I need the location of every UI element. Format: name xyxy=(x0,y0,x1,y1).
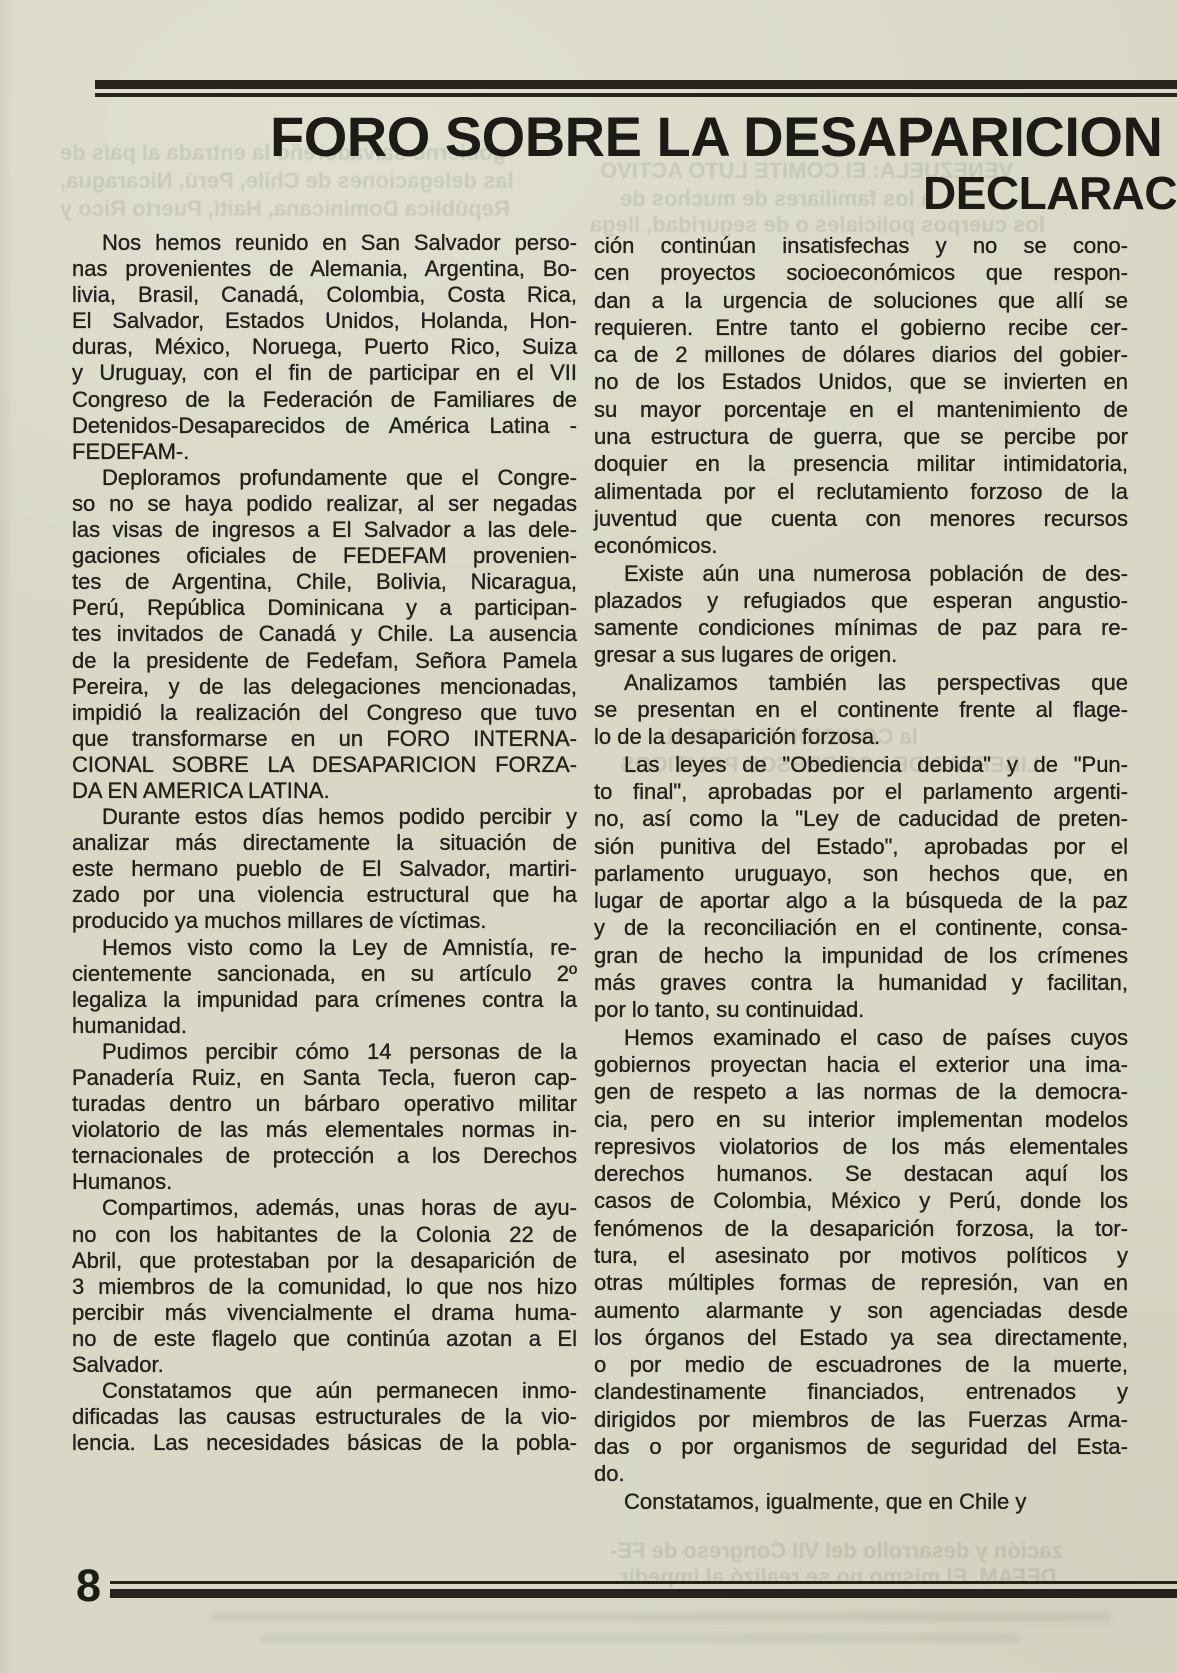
text-line: 3 miembros de la comunidad, lo que nos h… xyxy=(72,1274,577,1300)
text-line: lugar de aportar algo a la búsqueda de l… xyxy=(594,887,1128,914)
text-line: so no se haya podido realizar, al ser ne… xyxy=(72,491,577,517)
text-line: cientemente sancionada, en su artículo 2… xyxy=(72,961,577,987)
text-line: se presentan en el continente frente al … xyxy=(594,696,1128,723)
text-line: gen de respeto a las normas de la democr… xyxy=(594,1078,1128,1105)
paragraph: Constatamos que aún permanecen inmo-difi… xyxy=(72,1378,577,1456)
text-line: Durante estos días hemos podido percibir… xyxy=(72,804,577,830)
text-line: Perú, República Dominicana y a participa… xyxy=(72,595,577,621)
text-line: tura, el asesinato por motivos políticos… xyxy=(594,1242,1128,1269)
text-line: no con los habitantes de la Colonia 22 d… xyxy=(72,1222,577,1248)
text-line: doquier en la presencia militar intimida… xyxy=(594,450,1128,477)
text-line: livia, Brasil, Canadá, Colombia, Costa R… xyxy=(72,282,577,308)
text-line: y Uruguay, con el fin de participar en e… xyxy=(72,360,577,386)
text-line: lencia. Las necesidades básicas de la po… xyxy=(72,1430,577,1456)
text-line: alimentada por el reclutamiento forzoso … xyxy=(594,478,1128,505)
text-line: de la presidente de Fedefam, Señora Pame… xyxy=(72,648,577,674)
bleed-through-smudge xyxy=(260,1634,1020,1642)
text-line: legaliza la impunidad para crímenes cont… xyxy=(72,987,577,1013)
text-line: dirigidos por miembros de las Fuerzas Ar… xyxy=(594,1406,1128,1433)
text-line: ca de 2 millones de dólares diarios del … xyxy=(594,341,1128,368)
text-line: casos de Colombia, México y Perú, donde … xyxy=(594,1187,1128,1214)
text-line: su mayor porcentaje en el mantenimiento … xyxy=(594,396,1128,423)
right-column: ción continúan insatisfechas y no se con… xyxy=(594,232,1128,1515)
text-line: económicos. xyxy=(594,532,1128,559)
paragraph: Constatamos, igualmente, que en Chile y xyxy=(594,1488,1128,1515)
text-line: aumento alarmante y son agenciadas desde xyxy=(594,1297,1128,1324)
text-line: Las leyes de "Obediencia debida" y de "P… xyxy=(594,751,1128,778)
text-line: dificadas las causas estructurales de la… xyxy=(72,1404,577,1430)
text-line: parlamento uruguayo, son hechos que, en xyxy=(594,860,1128,887)
text-line: represivos violatorios de los más elemen… xyxy=(594,1133,1128,1160)
text-line: derechos humanos. Se destacan aquí los xyxy=(594,1160,1128,1187)
scanned-magazine-page: gobierno salvadoreño la entrada al país … xyxy=(0,0,1177,1673)
text-line: samente condiciones mínimas de paz para … xyxy=(594,614,1128,641)
text-line: gobiernos proyectan hacia el exterior un… xyxy=(594,1051,1128,1078)
text-line: las visas de ingresos a El Salvador a la… xyxy=(72,517,577,543)
text-line: Pudimos percibir cómo 14 personas de la xyxy=(72,1039,577,1065)
text-line: tes invitados de Canadá y Chile. La ause… xyxy=(72,621,577,647)
left-column: Nos hemos reunido en San Salvador perso-… xyxy=(72,230,577,1456)
text-line: cia, pero en su interior implementan mod… xyxy=(594,1106,1128,1133)
text-line: violatorio de las más elementales normas… xyxy=(72,1117,577,1143)
text-line: Panadería Ruiz, en Santa Tecla, fueron c… xyxy=(72,1065,577,1091)
text-line: o por medio de escuadrones de la muerte, xyxy=(594,1351,1128,1378)
top-rule-thick xyxy=(95,80,1177,89)
text-line: requieren. Entre tanto el gobierno recib… xyxy=(594,314,1128,341)
text-line: duras, México, Noruega, Puerto Rico, Sui… xyxy=(72,334,577,360)
paragraph: ción continúan insatisfechas y no se con… xyxy=(594,232,1128,560)
bottom-rule-thin xyxy=(110,1581,1177,1584)
text-line: Detenidos-Desaparecidos de América Latin… xyxy=(72,413,577,439)
text-line: impidió la realización del Congreso que … xyxy=(72,700,577,726)
text-line: Pereira, y de las delegaciones mencionad… xyxy=(72,674,577,700)
bleed-through-text: DEFAM. El mismo no se realizó al impedir xyxy=(620,1564,1056,1590)
text-line: lo de la desaparición forzosa. xyxy=(594,723,1128,750)
bleed-through-smudge xyxy=(210,1612,1110,1622)
top-rule-thin xyxy=(95,93,1177,97)
text-line: zado por una violencia estructural que h… xyxy=(72,882,577,908)
paragraph: Nos hemos reunido en San Salvador perso-… xyxy=(72,230,577,465)
text-line: Salvador. xyxy=(72,1352,577,1378)
text-line: este hermano pueblo de El Salvador, mart… xyxy=(72,856,577,882)
paragraph: Las leyes de "Obediencia debida" y de "P… xyxy=(594,751,1128,1024)
text-line: das o por organismos de seguridad del Es… xyxy=(594,1433,1128,1460)
text-line: nas provenientes de Alemania, Argentina,… xyxy=(72,256,577,282)
text-line: CIONAL SOBRE LA DESAPARICION FORZA- xyxy=(72,752,577,778)
text-line: ternacionales de protección a los Derech… xyxy=(72,1143,577,1169)
page-number: 8 xyxy=(76,1560,101,1612)
text-line: FEDEFAM-. xyxy=(72,439,577,465)
text-line: Abril, que protestaban por la desaparici… xyxy=(72,1248,577,1274)
text-line: los órganos del Estado ya sea directamen… xyxy=(594,1324,1128,1351)
paragraph: Hemos visto como la Ley de Amnistía, re-… xyxy=(72,935,577,1039)
bleed-through-text: República Dominicana, Haití, Puerto Rico… xyxy=(60,196,510,222)
text-line: plazados y refugiados que esperan angust… xyxy=(594,587,1128,614)
text-line: do. xyxy=(594,1460,1128,1487)
text-line: to final", aprobadas por el parlamento a… xyxy=(594,778,1128,805)
text-line: analizar más directamente la situación d… xyxy=(72,830,577,856)
text-line: Compartimos, además, unas horas de ayu- xyxy=(72,1195,577,1221)
text-line: por lo tanto, su continuidad. xyxy=(594,996,1128,1023)
text-line: DA EN AMERICA LATINA. xyxy=(72,778,577,804)
text-line: y de la reconciliación en el continente,… xyxy=(594,914,1128,941)
text-line: Deploramos profundamente que el Congre- xyxy=(72,465,577,491)
bleed-through-text: las delegaciones de Chile, Perú, Nicarag… xyxy=(60,168,514,194)
bleed-through-text: zación y desarrollo del VII Congreso de … xyxy=(610,1538,1062,1564)
text-line: gresar a sus lugares de origen. xyxy=(594,641,1128,668)
text-line: Humanos. xyxy=(72,1169,577,1195)
text-line: Constatamos que aún permanecen inmo- xyxy=(72,1378,577,1404)
text-line: humanidad. xyxy=(72,1013,577,1039)
paragraph: Existe aún una numerosa población de des… xyxy=(594,560,1128,669)
text-line: gaciones oficiales de FEDEFAM provenien- xyxy=(72,543,577,569)
text-line: Existe aún una numerosa población de des… xyxy=(594,560,1128,587)
text-line: Hemos examinado el caso de países cuyos xyxy=(594,1024,1128,1051)
text-line: producido ya muchos millares de víctimas… xyxy=(72,908,577,934)
text-line: más graves contra la humanidad y facilit… xyxy=(594,969,1128,996)
text-line: Nos hemos reunido en San Salvador perso- xyxy=(72,230,577,256)
text-line: Hemos visto como la Ley de Amnistía, re- xyxy=(72,935,577,961)
text-line: Analizamos también las perspectivas que xyxy=(594,669,1128,696)
text-line: ción continúan insatisfechas y no se con… xyxy=(594,232,1128,259)
text-line: sión punitiva del Estado", aprobadas por… xyxy=(594,833,1128,860)
paragraph: Hemos examinado el caso de países cuyosg… xyxy=(594,1024,1128,1488)
text-line: una estructura de guerra, que se percibe… xyxy=(594,423,1128,450)
text-line: no de este flagelo que continúa azotan a… xyxy=(72,1326,577,1352)
text-line: cen proyectos socioeconómicos que respon… xyxy=(594,259,1128,286)
text-line: turadas dentro un bárbaro operativo mili… xyxy=(72,1091,577,1117)
article-title: FORO SOBRE LA DESAPARICION xyxy=(270,104,1162,169)
text-line: gran de hecho la impunidad de los crímen… xyxy=(594,942,1128,969)
text-line: clandestinamente financiados, entrenados… xyxy=(594,1378,1128,1405)
text-line: que transformarse en un FORO INTERNA- xyxy=(72,726,577,752)
text-line: tes de Argentina, Chile, Bolivia, Nicara… xyxy=(72,569,577,595)
bleed-through-text: a los familiares de muchos de xyxy=(620,186,933,212)
paragraph: Durante estos días hemos podido percibir… xyxy=(72,804,577,934)
bottom-rule-thick xyxy=(110,1589,1177,1598)
text-line: El Salvador, Estados Unidos, Holanda, Ho… xyxy=(72,308,577,334)
text-line: otras múltiples formas de represión, van… xyxy=(594,1269,1128,1296)
paragraph: Compartimos, además, unas horas de ayu-n… xyxy=(72,1195,577,1378)
text-line: dan a la urgencia de soluciones que allí… xyxy=(594,287,1128,314)
text-line: percibir más vivencialmente el drama hum… xyxy=(72,1300,577,1326)
article-subtitle: DECLARACI xyxy=(923,166,1177,220)
paragraph: Deploramos profundamente que el Congre-s… xyxy=(72,465,577,804)
text-line: Congreso de la Federación de Familiares … xyxy=(72,387,577,413)
text-line: fenómenos de la desaparición forzosa, la… xyxy=(594,1215,1128,1242)
text-line: Constatamos, igualmente, que en Chile y xyxy=(594,1488,1128,1515)
text-line: no, así como la "Ley de caducidad de pre… xyxy=(594,805,1128,832)
paragraph: Analizamos también las perspectivas ques… xyxy=(594,669,1128,751)
text-line: no de los Estados Unidos, que se inviert… xyxy=(594,368,1128,395)
paragraph: Pudimos percibir cómo 14 personas de laP… xyxy=(72,1039,577,1196)
text-line: juventud que cuenta con menores recursos xyxy=(594,505,1128,532)
